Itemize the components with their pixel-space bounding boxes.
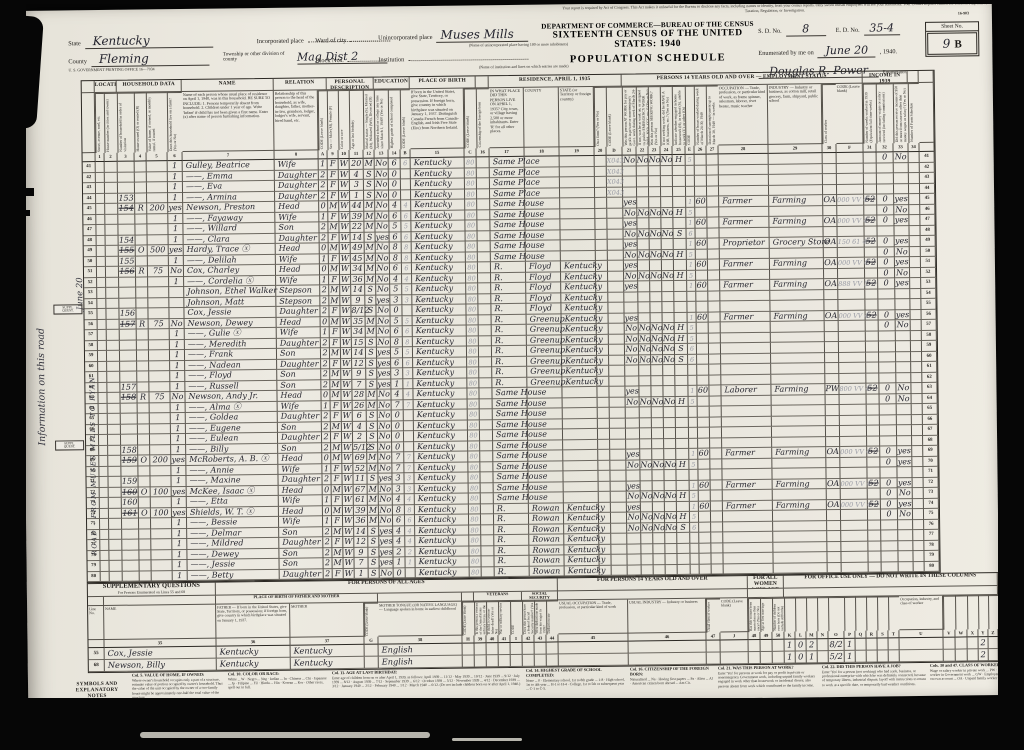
cell-status-code bbox=[686, 165, 695, 176]
supplementary-cell bbox=[818, 651, 829, 663]
cell-line-no-right: 64 bbox=[923, 393, 938, 404]
scan-left-band bbox=[0, 0, 26, 750]
supplementary-cell bbox=[629, 641, 707, 654]
cell-emergency-work: No bbox=[640, 460, 652, 471]
cell-school-attendance: No bbox=[375, 200, 389, 211]
cell-relation: Head bbox=[279, 485, 323, 496]
cell-grade: 0 bbox=[392, 421, 404, 432]
supplementary-column-desc bbox=[955, 595, 967, 629]
cell-owned-rented bbox=[136, 308, 148, 319]
cell-res-1935-place: R. bbox=[491, 293, 526, 304]
cell-sex: M bbox=[331, 443, 342, 454]
cell-sex: F bbox=[329, 233, 340, 244]
cell-race: W bbox=[342, 463, 353, 474]
cell-occupation-code: 000 VV 4 bbox=[841, 478, 868, 489]
supplementary-cell bbox=[365, 657, 379, 669]
cell-farm-schedule bbox=[912, 393, 923, 404]
cell-marital: M bbox=[366, 327, 377, 338]
cell-wages: 0 bbox=[878, 247, 895, 258]
cell-school-attendance: No bbox=[375, 158, 389, 169]
cell-res-code: X043 bbox=[607, 177, 623, 188]
cell-grade: 0 bbox=[389, 190, 401, 201]
column-desc-grade-code: CODE (Leave blank) bbox=[400, 89, 411, 149]
cell-house-no bbox=[109, 487, 122, 498]
cell-has-job bbox=[665, 501, 677, 512]
cell-weeks-worked bbox=[867, 457, 880, 468]
cell-home-value: 75 bbox=[148, 266, 169, 277]
cell-house-no bbox=[106, 267, 119, 278]
cell-unemployment-weeks bbox=[710, 469, 722, 480]
cell-citizenship bbox=[479, 357, 492, 368]
cell-status-code: 5 bbox=[689, 396, 698, 407]
cell-industry bbox=[769, 164, 823, 175]
cell-res-1935-place: Same House bbox=[491, 251, 526, 262]
cell-race: W bbox=[343, 516, 354, 527]
cell-industry bbox=[771, 321, 825, 332]
cell-res-1935-farm bbox=[597, 334, 609, 345]
cell-household-no bbox=[121, 466, 138, 477]
cell-age: 34 bbox=[352, 327, 366, 338]
cell-grade: 4 bbox=[389, 200, 401, 211]
cell-farm-schedule bbox=[914, 561, 925, 572]
column-group bbox=[919, 71, 934, 83]
cell-race: W bbox=[340, 285, 351, 296]
cell-res-code bbox=[609, 355, 625, 366]
supplementary-cell bbox=[900, 650, 944, 663]
cell-seeking-work bbox=[650, 239, 662, 250]
cell-status-code bbox=[690, 554, 699, 565]
cell-sex: M bbox=[331, 422, 342, 433]
cell-age: 15 bbox=[352, 337, 366, 348]
cell-hours-worked bbox=[695, 186, 707, 197]
cell-wages bbox=[877, 173, 894, 184]
cell-occupation-code bbox=[839, 352, 866, 363]
cell-res-1935-place: R. bbox=[494, 535, 529, 546]
cell-occupation-code: 000 VV 4 bbox=[837, 195, 864, 206]
column-number: 26 bbox=[694, 146, 706, 155]
cell-unemployment-weeks bbox=[711, 511, 723, 522]
cell-marital: S bbox=[366, 337, 377, 348]
cell-citizenship bbox=[480, 409, 493, 420]
cell-has-job bbox=[664, 417, 676, 428]
cell-occupation-code bbox=[840, 394, 867, 405]
cell-house-no bbox=[106, 298, 119, 309]
cell-occupation-code bbox=[840, 415, 867, 426]
cell-age: 12 bbox=[352, 358, 366, 369]
cell-house-no bbox=[105, 162, 118, 173]
cell-industry bbox=[773, 489, 827, 500]
cell-relation-code: 2 bbox=[324, 569, 333, 580]
cell-home-value bbox=[149, 340, 170, 351]
cell-res-code bbox=[609, 313, 625, 324]
cell-res-1935-place: Same House bbox=[493, 461, 528, 472]
cell-emergency-work bbox=[638, 260, 650, 271]
cell-worker-class: OA bbox=[827, 478, 841, 489]
cell-weeks-worked: 52 bbox=[864, 195, 877, 206]
cell-birthplace-code: 80 bbox=[468, 399, 480, 410]
cell-relation-code: 1 bbox=[320, 275, 329, 286]
cell-farm-schedule bbox=[912, 404, 923, 415]
cell-industry: Farming bbox=[770, 279, 824, 290]
cell-sex: M bbox=[330, 390, 341, 401]
cell-worker-class bbox=[826, 405, 840, 416]
ed-value: 35-4 bbox=[864, 21, 900, 35]
cell-sex: M bbox=[332, 558, 343, 569]
cell-industry bbox=[772, 405, 826, 416]
supplementary-column-desc bbox=[784, 598, 795, 632]
supplementary-column-number: V bbox=[943, 630, 955, 638]
cell-citizenship bbox=[478, 273, 491, 284]
cell-line-no-right: 72 bbox=[924, 477, 939, 488]
cell-grade-code bbox=[402, 305, 412, 316]
cell-street bbox=[97, 309, 106, 320]
column-number: 30 bbox=[822, 144, 836, 153]
cell-worker-class bbox=[827, 520, 841, 531]
column-desc-household-no: Number of household in order of visitati… bbox=[117, 93, 135, 153]
cell-res-1935-county bbox=[528, 408, 563, 419]
cell-emergency-work bbox=[640, 449, 652, 460]
cell-emergency-work bbox=[640, 428, 652, 439]
cell-relation: Son bbox=[277, 348, 321, 359]
cell-res-1935-county: Greenup bbox=[527, 314, 562, 325]
cell-school-attendance: No bbox=[379, 505, 393, 516]
cell-res-code bbox=[612, 565, 628, 576]
cell-res-1935-place: R. bbox=[494, 524, 529, 535]
cell-hours-worked bbox=[696, 249, 708, 260]
cell-household-no: 154 bbox=[119, 235, 136, 246]
cell-res-1935-place: R. bbox=[492, 367, 527, 378]
cell-res-code: X043 bbox=[607, 166, 623, 177]
cell-has-job bbox=[665, 543, 677, 554]
cell-occupation bbox=[721, 374, 771, 385]
cell-grade: 0 bbox=[392, 410, 404, 421]
column-group: RELATION bbox=[274, 78, 327, 91]
cell-birthplace: Kentucky bbox=[415, 483, 469, 494]
cell-street bbox=[100, 550, 109, 561]
cell-industry bbox=[769, 227, 823, 238]
cell-birthplace-code: 80 bbox=[468, 462, 480, 473]
cell-birthplace: Kentucky bbox=[413, 378, 467, 389]
cell-status: H bbox=[676, 459, 689, 470]
cell-relation-code: 2 bbox=[319, 191, 328, 202]
cell-other-income: yes bbox=[897, 457, 912, 468]
cell-res-1935-place: Same House bbox=[493, 440, 528, 451]
supplementary-column-number: R bbox=[866, 631, 877, 639]
cell-status-code: 1 bbox=[687, 260, 696, 271]
column-desc-weeks-worked: Number of weeks worked in 1939 (Equivale… bbox=[863, 84, 877, 144]
cell-school-attendance: No bbox=[376, 284, 390, 295]
column-desc-res-1935-farm: On a farm? (Yes or No) bbox=[594, 87, 607, 147]
cell-res-1935-state bbox=[563, 429, 598, 440]
suppl-marker-line2: QUEST. bbox=[55, 309, 81, 313]
cell-grade: 8 bbox=[391, 337, 403, 348]
cell-res-code bbox=[610, 408, 626, 419]
cell-line-no-right: 42 bbox=[920, 162, 935, 173]
cell-res-1935-county bbox=[528, 398, 563, 409]
cell-farm-schedule bbox=[911, 372, 922, 383]
cell-line-no-right: 74 bbox=[924, 498, 939, 509]
cell-street bbox=[96, 214, 105, 225]
cell-at-work: yes bbox=[624, 239, 638, 250]
cell-household-no: 156 bbox=[119, 267, 136, 278]
cell-seeking-work bbox=[649, 187, 661, 198]
cell-status-code: 5 bbox=[686, 155, 695, 166]
cell-farm-schedule bbox=[910, 309, 921, 320]
cell-emergency-work bbox=[640, 418, 652, 429]
cell-marital: S bbox=[364, 169, 375, 180]
cell-res-1935-county bbox=[525, 209, 560, 220]
cell-birthplace-code: 80 bbox=[465, 210, 477, 221]
cell-occupation bbox=[720, 301, 770, 312]
cell-birthplace-code: 80 bbox=[468, 472, 480, 483]
supplementary-column-number: P bbox=[844, 631, 855, 639]
cell-marital: S bbox=[366, 348, 377, 359]
cell-status: H bbox=[676, 396, 689, 407]
cell-citizenship bbox=[480, 399, 493, 410]
cell-household-no: 158 bbox=[121, 445, 138, 456]
cell-household-no bbox=[118, 162, 135, 173]
cell-citizenship bbox=[477, 178, 490, 189]
cell-res-1935-state: Kentucky bbox=[564, 555, 599, 566]
cell-res-1935-farm bbox=[597, 355, 609, 366]
cell-industry: Farming bbox=[771, 311, 825, 322]
cell-industry bbox=[770, 269, 824, 280]
cell-other-income: yes bbox=[894, 215, 909, 226]
supplementary-column-desc: MOTHER TONGUE (OR NATIVE LANGUAGE) — Lan… bbox=[378, 602, 462, 637]
cell-unemployment-weeks bbox=[711, 553, 723, 564]
column-number: 20 bbox=[594, 147, 606, 156]
cell-citizenship bbox=[480, 430, 493, 441]
cell-citizenship bbox=[482, 567, 495, 578]
cell-res-1935-state bbox=[563, 471, 598, 482]
cell-occupation bbox=[719, 154, 769, 165]
cell-res-1935-place: Same House bbox=[494, 482, 529, 493]
supplementary-column-number: 47 bbox=[706, 632, 720, 640]
cell-relation-code: 1 bbox=[322, 401, 331, 412]
cell-status bbox=[673, 218, 686, 229]
cell-wages bbox=[880, 436, 897, 447]
cell-worker-class: OA bbox=[825, 310, 839, 321]
cell-citizenship bbox=[481, 504, 494, 515]
cell-worker-class bbox=[824, 268, 838, 279]
supplementary-name: Newson, Billy bbox=[105, 659, 217, 672]
cell-grade-code: 5 bbox=[402, 284, 412, 295]
supplementary-column-number: X bbox=[967, 629, 978, 637]
cell-citizenship bbox=[479, 378, 492, 389]
cell-school-attendance: No bbox=[375, 190, 389, 201]
cell-status: H bbox=[677, 512, 690, 523]
block-label: Block Nos. bbox=[315, 57, 343, 64]
cell-other-income: yes bbox=[898, 478, 913, 489]
cell-age: 36 bbox=[351, 274, 365, 285]
cell-farm: 1 bbox=[171, 434, 186, 445]
cell-industry: Grocery Store bbox=[770, 237, 824, 248]
cell-occupation bbox=[719, 175, 769, 186]
cell-home-value bbox=[147, 161, 168, 172]
cell-worker-class: OA bbox=[826, 447, 840, 458]
cell-occupation: Farmer bbox=[722, 448, 772, 459]
cell-birthplace: Kentucky bbox=[415, 557, 469, 568]
cell-home-value bbox=[148, 277, 169, 288]
cell-owned-rented bbox=[138, 413, 150, 424]
cell-relation: Wife bbox=[279, 495, 323, 506]
cell-wages bbox=[880, 415, 897, 426]
cell-res-1935-county bbox=[526, 230, 561, 241]
cell-occupation-code: 000 VV 4 bbox=[840, 447, 867, 458]
supplementary-column-number: 41 bbox=[498, 635, 510, 643]
cell-res-1935-place: R. bbox=[492, 377, 527, 388]
cell-household-no: 160 bbox=[122, 487, 139, 498]
cell-school-attendance: yes bbox=[379, 557, 393, 568]
cell-relation-code: 0 bbox=[322, 453, 331, 464]
cell-line-no-right: 59 bbox=[922, 341, 937, 352]
cell-line-no-right: 77 bbox=[924, 530, 939, 541]
cell-res-1935-state bbox=[563, 418, 598, 429]
cell-citizenship bbox=[479, 346, 492, 357]
cell-hours-worked bbox=[695, 176, 707, 187]
cell-res-1935-place: Same House bbox=[490, 209, 525, 220]
cell-seeking-work bbox=[652, 439, 664, 450]
cell-farm-schedule bbox=[910, 246, 921, 257]
cell-grade-code: 6 bbox=[405, 515, 415, 526]
cell-street bbox=[97, 246, 106, 257]
cell-occupation-code bbox=[839, 342, 866, 353]
cell-marital: S bbox=[365, 295, 376, 306]
cell-other-income: yes bbox=[896, 310, 911, 321]
supplementary-cell: 0 bbox=[796, 651, 807, 663]
cell-relation-code: 2 bbox=[320, 285, 329, 296]
cell-worker-class bbox=[824, 289, 838, 300]
column-group: EDUCATION bbox=[374, 77, 410, 89]
cell-seeking-work: No bbox=[651, 334, 663, 345]
cell-occupation-code bbox=[837, 163, 864, 174]
cell-farm-schedule bbox=[911, 351, 922, 362]
cell-household-no bbox=[118, 172, 135, 183]
cell-age: 14 bbox=[351, 285, 365, 296]
supplementary-cell bbox=[889, 638, 900, 650]
cell-marital: S bbox=[365, 306, 376, 317]
enum-date: June 20 bbox=[818, 44, 876, 59]
cell-res-1935-state bbox=[560, 229, 595, 240]
cell-hours-worked bbox=[697, 375, 709, 386]
cell-street bbox=[100, 487, 109, 498]
cell-line-no-right: 68 bbox=[923, 435, 938, 446]
cell-farm: 1 bbox=[171, 444, 186, 455]
cell-unemployment-weeks bbox=[711, 522, 723, 533]
cell-owned-rented bbox=[139, 518, 151, 529]
cell-occupation-code: 150 61 4 bbox=[838, 237, 865, 248]
cell-res-1935-county bbox=[525, 219, 560, 230]
cell-industry bbox=[771, 374, 825, 385]
cell-marital: S bbox=[368, 558, 379, 569]
cell-grade-code: 1 bbox=[405, 557, 415, 568]
cell-farm-schedule bbox=[910, 278, 921, 289]
cell-res-1935-state: Kentucky bbox=[565, 565, 600, 576]
cell-res-1935-county bbox=[525, 177, 560, 188]
cell-relation: Wife bbox=[276, 275, 320, 286]
cell-line-no-right: 56 bbox=[921, 309, 936, 320]
cell-home-value bbox=[148, 287, 169, 298]
cell-occupation-code bbox=[837, 153, 864, 164]
cell-street bbox=[98, 351, 107, 362]
cell-relation: Wife bbox=[276, 254, 320, 265]
column-number: 3 bbox=[118, 153, 135, 162]
cell-farm: 1 bbox=[172, 549, 187, 560]
cell-seeking-work bbox=[653, 544, 665, 555]
supplementary-column-desc: Line No. bbox=[88, 606, 104, 640]
cell-house-no bbox=[108, 403, 121, 414]
cell-marital: M bbox=[368, 505, 379, 516]
cell-household-no bbox=[120, 372, 137, 383]
cell-marital: M bbox=[365, 253, 376, 264]
column-desc-emergency-work: If not, was he at work on, or assigned t… bbox=[636, 86, 649, 146]
cell-wages bbox=[879, 373, 896, 384]
cell-res-1935-place: Same House bbox=[492, 388, 527, 399]
cell-res-1935-county bbox=[527, 387, 562, 398]
cell-owned-rented bbox=[138, 476, 150, 487]
cell-res-1935-state bbox=[564, 481, 599, 492]
cell-worker-class bbox=[823, 205, 837, 216]
cell-farm: 1 bbox=[170, 360, 185, 371]
cell-emergency-work bbox=[638, 302, 650, 313]
cell-grade: 8 bbox=[390, 253, 402, 264]
cell-line-no-right: 63 bbox=[922, 383, 937, 394]
cell-line-no: 52 bbox=[84, 278, 97, 289]
cell-unemployment-weeks bbox=[707, 175, 719, 186]
cell-owned-rented bbox=[136, 256, 148, 267]
cell-age: 12 bbox=[354, 537, 368, 548]
cell-has-job bbox=[664, 438, 676, 449]
cell-has-job bbox=[665, 554, 677, 565]
cell-res-1935-place: Same House bbox=[494, 493, 529, 504]
cell-weeks-worked bbox=[867, 425, 880, 436]
cell-grade: 0 bbox=[392, 431, 404, 442]
cell-sex: M bbox=[332, 506, 343, 517]
cell-citizenship bbox=[478, 283, 491, 294]
cell-worker-class bbox=[825, 363, 839, 374]
supplementary-column-desc: Deduction rate bbox=[546, 600, 558, 634]
cell-worker-class bbox=[825, 331, 839, 342]
column-number: 16 bbox=[476, 148, 489, 157]
cell-wages bbox=[880, 467, 897, 478]
suppl-marker-line2: QUEST. bbox=[57, 445, 83, 449]
cell-res-code bbox=[611, 534, 627, 545]
supplementary-column-number: H bbox=[462, 635, 474, 643]
cell-house-no bbox=[105, 204, 118, 215]
cell-grade-code: 6 bbox=[403, 358, 413, 369]
cell-at-work bbox=[626, 470, 640, 481]
supplementary-column-number: 43 bbox=[534, 635, 546, 643]
cell-res-1935-farm bbox=[599, 492, 611, 503]
cell-seeking-work bbox=[652, 449, 664, 460]
cell-seeking-work: No bbox=[650, 250, 662, 261]
cell-marital: S bbox=[366, 379, 377, 390]
cell-other-income: yes bbox=[895, 236, 910, 247]
cell-grade-code: 6 bbox=[403, 326, 413, 337]
cell-birthplace: Kentucky bbox=[412, 242, 466, 253]
cell-seeking-work: No bbox=[653, 512, 665, 523]
cell-occupation bbox=[722, 416, 772, 427]
cell-age: 3 bbox=[350, 180, 364, 191]
cell-industry bbox=[773, 542, 827, 553]
cell-res-1935-place: Same Place bbox=[490, 157, 525, 168]
cell-grade: 6 bbox=[393, 515, 405, 526]
cell-hours-worked bbox=[697, 333, 709, 344]
cell-hours-worked: 60 bbox=[696, 260, 708, 271]
cell-seeking-work bbox=[651, 376, 663, 387]
cell-grade-code: 6 bbox=[401, 158, 411, 169]
cell-status bbox=[674, 260, 687, 271]
